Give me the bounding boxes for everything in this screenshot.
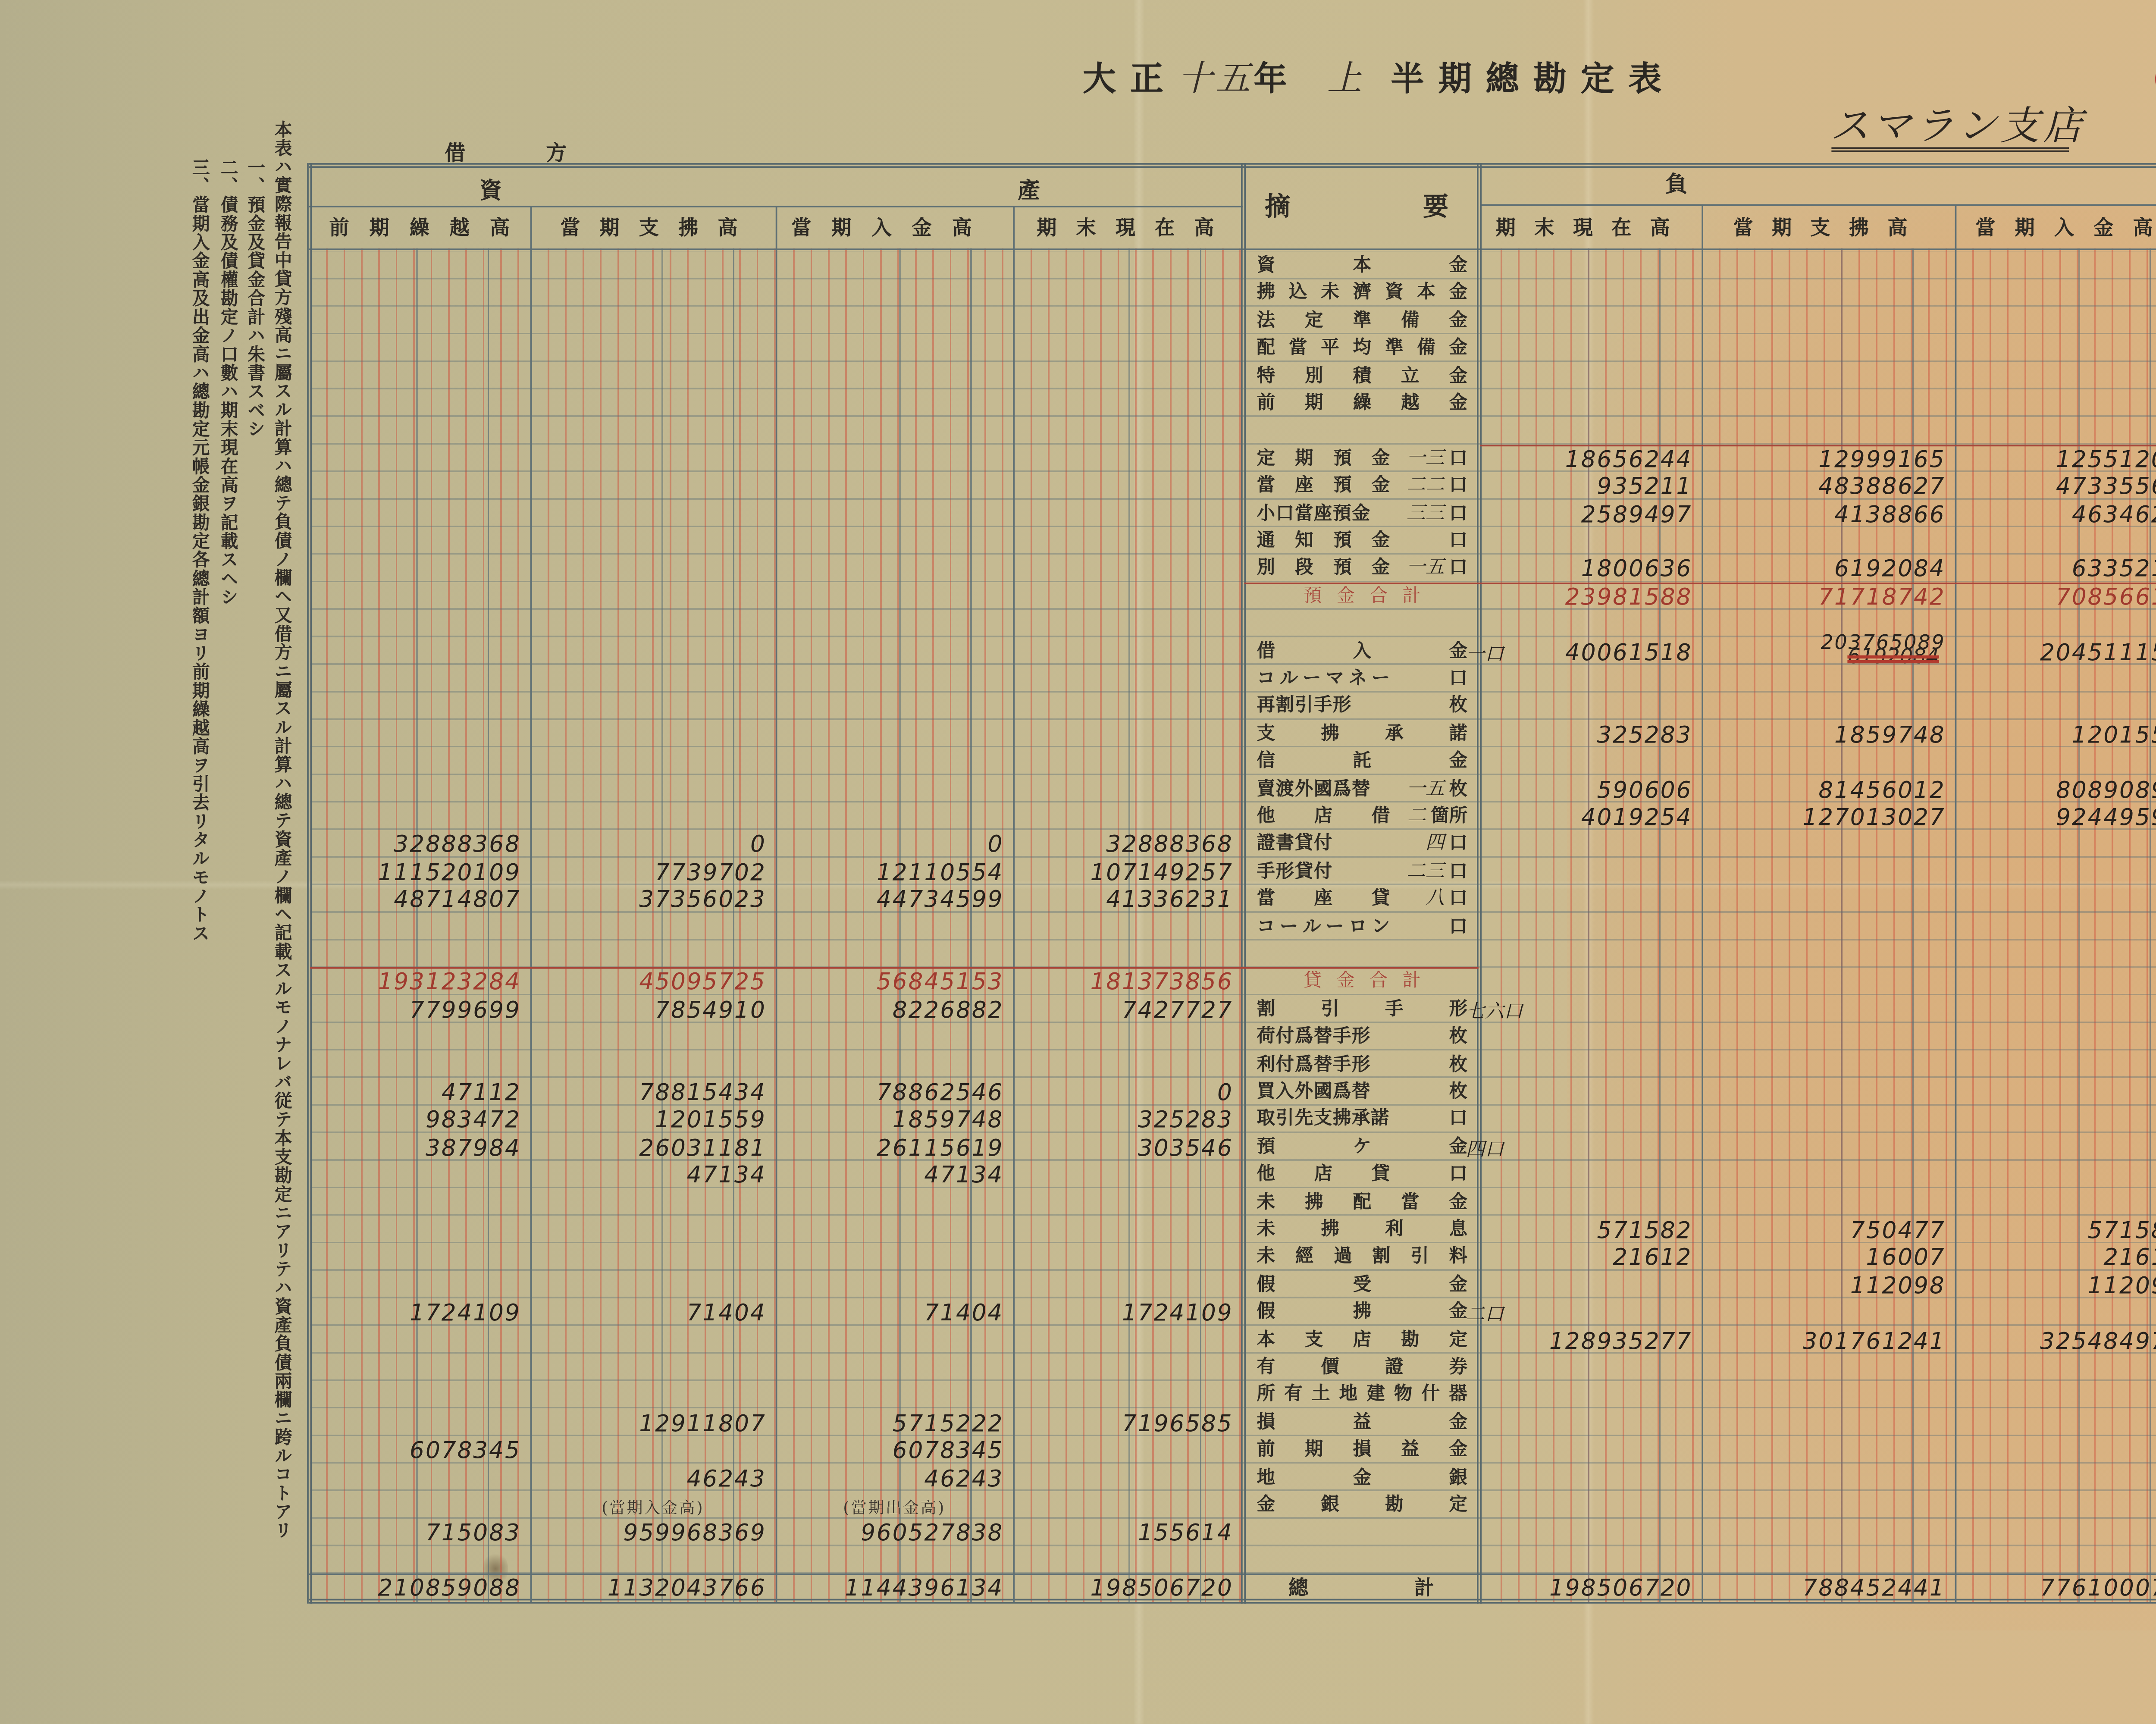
account-label: 通知預金口	[1257, 527, 1467, 555]
liability-receipts: 776100073	[1955, 1577, 2156, 1605]
account-name: 當座貸	[1257, 885, 1390, 913]
ledger-row: 買入外國爲替枚4711278815434788625460	[0, 1078, 2156, 1106]
liability-receipts: 47335564	[1955, 475, 2156, 503]
account-unit: 箇所	[1431, 802, 1467, 830]
asset-receipts: 44734599	[776, 888, 1013, 916]
ledger-row: 他店借二箇所40192541270130279244959138582690	[0, 802, 2156, 830]
account-name: 預金合計	[1304, 582, 1421, 610]
ledger-row: 預金合計23981588717187427085661124843719	[0, 582, 2156, 610]
account-name: コールーロン	[1257, 913, 1390, 940]
asset-payments: 0	[530, 833, 776, 861]
account-label: 當座預金二二口	[1257, 472, 1467, 500]
account-name: 假受金	[1257, 1271, 1467, 1298]
account-name: 當座預金	[1257, 472, 1390, 500]
account-label: 前期損益金	[1257, 1436, 1467, 1464]
account-label: 特別積立金	[1257, 362, 1467, 389]
asset-brought-forward: 32888368	[309, 833, 530, 861]
account-unit: 口	[1449, 527, 1467, 555]
liability-payments: 6192084	[1702, 558, 1955, 586]
ledger-row: 法定準備金	[0, 307, 2156, 334]
liability-payments: 71718742	[1702, 586, 1955, 613]
asset-brought-forward: 111520109	[309, 861, 530, 888]
ledger-row: 貸金合計1931232844509572556845153181373856	[0, 968, 2156, 995]
account-unit: 口	[1449, 1161, 1467, 1188]
debit-label-2: 方	[546, 136, 567, 166]
account-name: 賣渡外國爲替	[1257, 775, 1371, 802]
account-count-handwritten: 二二	[1407, 472, 1449, 500]
account-label: 他店借二箇所	[1257, 802, 1467, 830]
liability-receipts: 1201559	[1955, 723, 2156, 751]
account-name: 資本金	[1257, 252, 1467, 279]
liability-payments: 16007	[1702, 1247, 1955, 1274]
account-label: 未經過割引料	[1257, 1243, 1467, 1271]
title-year-char: 年	[1253, 59, 1301, 98]
ledger-row: コールーロン口	[0, 913, 2156, 940]
liability-closing-balance: 4019254	[1480, 806, 1702, 834]
account-label: 前期繰越金	[1257, 389, 1467, 417]
liability-col-closing-balance: 期末現在高	[1496, 212, 1670, 241]
liability-receipts: 12551206	[1955, 448, 2156, 475]
branch-name: スマラン支店	[1830, 95, 2086, 152]
asset-brought-forward: 1724109	[309, 1301, 530, 1329]
asset-closing-balance: 1724109	[1013, 1301, 1242, 1329]
asset-closing-balance: 198506720	[1013, 1577, 1242, 1605]
asset-closing-balance: 107149257	[1013, 861, 1242, 888]
ledger-row: 資本金	[0, 252, 2156, 279]
asset-col-receipts: 當期入金高	[792, 212, 972, 241]
account-label: 再割引手形枚	[1257, 693, 1467, 720]
account-label: 所有土地建物什器	[1257, 1381, 1467, 1409]
account-name: 小口當座預金	[1257, 500, 1371, 527]
asset-receipts: 71404	[776, 1301, 1013, 1329]
asset-receipts: 47134	[776, 1164, 1013, 1191]
ledger-row: 前期繰越金	[0, 389, 2156, 417]
asset-receipts: 960527838	[776, 1522, 1013, 1549]
account-name: 取引先支拂承諾	[1257, 1106, 1390, 1133]
account-name: 割引手形	[1257, 995, 1467, 1023]
asset-col-payments: 當期支拂高	[561, 212, 738, 241]
asset-col-brought-forward: 前期繰越高	[329, 212, 510, 241]
ledger-row: 別段預金一五口1800636619208463352191657501	[0, 555, 2156, 582]
liability-receipts: 4634622	[1955, 503, 2156, 530]
account-name: 未拂利息	[1257, 1216, 1467, 1243]
ledger-row: 所有土地建物什器	[0, 1381, 2156, 1409]
liability-payments: 788452441	[1702, 1577, 1955, 1605]
liability-col-receipts: 當期入金高	[1975, 212, 2153, 241]
account-count-handwritten: 四	[1426, 830, 1449, 858]
asset-payments: 46243	[530, 1467, 776, 1495]
asset-receipts: 6078345	[776, 1439, 1013, 1467]
account-count-handwritten: 一三	[1407, 445, 1449, 472]
asset-receipts: 1144396134	[776, 1577, 1013, 1605]
liability-receipts: 80890898	[1955, 778, 2156, 806]
account-label: 法定準備金	[1257, 307, 1467, 334]
account-label: 定期預金一三口	[1257, 445, 1467, 472]
ledger-row: コルーマネー口	[0, 665, 2156, 693]
asset-receipts: 26115619	[776, 1136, 1013, 1164]
account-label: 拂込未濟資本金	[1257, 279, 1467, 307]
account-name: 前期繰越金	[1257, 389, 1467, 417]
account-unit: 口	[1449, 885, 1467, 913]
ledger-row: 假受金112098112098	[0, 1271, 2156, 1298]
account-name: 通知預金	[1257, 527, 1390, 555]
asset-payments: 71404	[530, 1301, 776, 1329]
handwritten-count-note: 二口	[1466, 1300, 1504, 1327]
account-name: 他店貸	[1257, 1161, 1390, 1188]
account-label: 他店貸口	[1257, 1161, 1467, 1188]
summary-heading-2: 要	[1423, 187, 1448, 223]
ledger-row: 當座貸八口48714807373560234473459941336231	[0, 885, 2156, 913]
asset-closing-balance: 0	[1013, 1081, 1242, 1109]
account-unit: 口	[1449, 858, 1467, 885]
ledger-row: 賣渡外國爲替一五枚59060681456012808908981155720	[0, 775, 2156, 802]
liability-payments: 48388627	[1702, 475, 1955, 503]
asset-closing-balance: 41336231	[1013, 888, 1242, 916]
ledger-row: 預ケ金四口3879842603118126115619303546	[0, 1133, 2156, 1161]
asset-receipts: 8226882	[776, 999, 1013, 1026]
asset-brought-forward: 387984	[309, 1136, 530, 1164]
account-label: 買入外國爲替枚	[1257, 1078, 1467, 1106]
ledger-row: 荷付爲替手形枚	[0, 1023, 2156, 1050]
account-name: 支拂承諾	[1257, 720, 1467, 748]
ledger-row: 配當平均準備金	[0, 334, 2156, 362]
account-name: 法定準備金	[1257, 307, 1467, 334]
ledger-row: 損益金1291180757152227196585	[0, 1408, 2156, 1436]
account-name: 買入外國爲替	[1257, 1078, 1371, 1106]
account-label: 本支店勘定	[1257, 1326, 1467, 1354]
title-year-handwritten: 十五	[1178, 60, 1253, 100]
handwritten-count-note: 四口	[1466, 1135, 1504, 1161]
ledger-row: 手形貸付二三口111520109773970212110554107149257	[0, 858, 2156, 885]
asset-receipts: 12110554	[776, 861, 1013, 888]
account-name: 別段預金	[1257, 555, 1390, 582]
liability-closing-balance: 590606	[1480, 778, 1702, 806]
account-name: 未經過割引料	[1257, 1243, 1467, 1271]
liability-receipts: 6335219	[1955, 558, 2156, 586]
liability-closing-balance: 21612	[1480, 1247, 1702, 1274]
account-name: 拂込未濟資本金	[1257, 279, 1467, 307]
liability-receipts: 21612	[1955, 1247, 2156, 1274]
account-label: 支拂承諾	[1257, 720, 1467, 748]
ledger-row: 本支店勘定12893527730176124132548497010521154…	[0, 1326, 2156, 1354]
liability-heading-1: 負	[1665, 168, 1687, 199]
title-rest: 半期總勘定表	[1391, 59, 1676, 98]
liability-closing-balance: 128935277	[1480, 1329, 1702, 1357]
liability-closing-balance: 198506720	[1480, 1577, 1702, 1605]
frame-top-line	[309, 163, 2156, 168]
account-label: 預ケ金	[1257, 1133, 1467, 1161]
asset-payments: 47134	[530, 1164, 776, 1191]
handwritten-count-note: 七六口	[1466, 997, 1523, 1024]
ledger-row: 金銀勘定(當期入金高)(當期出金高)	[0, 1491, 2156, 1519]
asset-brought-forward: 48714807	[309, 888, 530, 916]
asset-receipts: 1859748	[776, 1109, 1013, 1136]
asset-payments: 959968369	[530, 1522, 776, 1549]
asset-receipts: 0	[776, 833, 1013, 861]
account-unit: 枚	[1449, 1023, 1467, 1050]
ledger-row: 通知預金口	[0, 527, 2156, 555]
ledger-row: 未經過割引料21612160072161216007	[0, 1243, 2156, 1271]
ledger-row: 715083959968369960527838155614	[0, 1519, 2156, 1546]
account-name: 信託金	[1257, 747, 1467, 775]
liability-receipts: 70856611	[1955, 586, 2156, 613]
account-name: 本支店勘定	[1257, 1326, 1467, 1354]
asset-closing-balance: 155614	[1013, 1522, 1242, 1549]
asset-brought-forward: 210859088	[309, 1577, 530, 1605]
account-unit: 口	[1449, 555, 1467, 582]
title-era: 大正	[1083, 59, 1178, 98]
account-label: 配當平均準備金	[1257, 334, 1467, 362]
account-unit: 口	[1449, 500, 1467, 527]
account-count-handwritten: 一五	[1407, 775, 1449, 802]
account-name: 地金銀	[1257, 1464, 1467, 1491]
liability-receipts: 92449591	[1955, 806, 2156, 834]
account-unit: 枚	[1449, 1078, 1467, 1106]
liability-receipts: 204511152	[1955, 640, 2156, 668]
account-unit: 口	[1449, 1106, 1467, 1133]
liability-closing-balance: 1800636	[1480, 558, 1702, 586]
ledger-row: 拂込未濟資本金	[0, 279, 2156, 307]
account-unit: 枚	[1449, 1050, 1467, 1078]
sheet-title: 大正十五年 上 半期總勘定表	[1083, 52, 1676, 101]
account-label: 證書貸付四口	[1257, 830, 1467, 858]
account-name: 金銀勘定	[1257, 1491, 1467, 1519]
asset-closing-balance: 7427727	[1013, 999, 1242, 1026]
account-label: 未拂配當金	[1257, 1188, 1467, 1216]
liability-closing-balance: 18656244	[1480, 448, 1702, 475]
account-name: 貸金合計	[1304, 968, 1421, 995]
asset-closing-balance: 32888368	[1013, 833, 1242, 861]
liability-receipts: 112098	[1955, 1274, 2156, 1301]
account-name: 手形貸付	[1257, 858, 1333, 885]
account-label: 資本金	[1257, 252, 1467, 279]
asset-brought-forward: 715083	[309, 1522, 530, 1549]
asset-payments: 7854910	[530, 999, 776, 1026]
liability-payments: 1859748	[1702, 723, 1955, 751]
ledger-row: 信託金	[0, 747, 2156, 775]
account-label: 貸金合計	[1257, 968, 1467, 995]
account-name: 總計	[1288, 1574, 1434, 1602]
asset-closing-balance: 303546	[1013, 1136, 1242, 1164]
liability-closing-balance: 23981588	[1480, 586, 1702, 613]
ledger-row: 割引手形七六口7799699785491082268827427727	[0, 995, 2156, 1023]
asset-heading-1: 資	[479, 174, 501, 206]
liability-payments: 301761241	[1702, 1329, 1955, 1357]
account-name: 假拂金	[1257, 1298, 1467, 1326]
account-count-handwritten: 三三	[1407, 500, 1449, 527]
liability-payments: 127013027	[1702, 806, 1955, 834]
account-count-handwritten: 二	[1407, 802, 1431, 830]
asset-payments: 26031181	[530, 1136, 776, 1164]
account-label: 取引先支拂承諾口	[1257, 1106, 1467, 1133]
ledger-row: 當座預金二二口93521148388627473355641988274	[0, 472, 2156, 500]
account-name: 有價證券	[1257, 1354, 1467, 1381]
account-label: 當座貸八口	[1257, 885, 1467, 913]
ledger-row: 再割引手形枚	[0, 693, 2156, 720]
branch-underline	[1831, 147, 2069, 152]
account-label: 預金合計	[1257, 582, 1467, 610]
account-count-handwritten: 一五	[1407, 555, 1449, 582]
ledger-row: 假拂金二口172410971404714041724109	[0, 1298, 2156, 1326]
asset-payments: 1132043766	[530, 1577, 776, 1605]
asset-brought-forward: 6078345	[309, 1439, 530, 1467]
ledger-row: 前期損益金60783456078345	[0, 1436, 2156, 1464]
account-label: 賣渡外國爲替一五枚	[1257, 775, 1467, 802]
account-name: 預ケ金	[1257, 1133, 1467, 1161]
ledger-sheet: 大正十五年 上 半期總勘定表 スマラン支店 @116⅝ 借 方 貸 方 本表ハ實…	[0, 0, 2156, 1724]
account-name: 未拂配當金	[1257, 1188, 1467, 1216]
column-heading-line	[309, 248, 2156, 250]
ledger-row: 未拂利息571582750477571582750477	[0, 1216, 2156, 1243]
asset-receipts: 78862546	[776, 1081, 1013, 1109]
liability-payments: 112098	[1702, 1274, 1955, 1301]
account-label: コールーロン口	[1257, 913, 1467, 940]
account-label: 總計	[1257, 1574, 1467, 1602]
liability-receipts: 571582	[1955, 1219, 2156, 1247]
liability-col-payments: 當期支拂高	[1733, 212, 1908, 241]
liability-closing-balance: 2589497	[1480, 503, 1702, 530]
exchange-rate-note: @116⅝	[2153, 50, 2156, 96]
account-label: 有價證券	[1257, 1354, 1467, 1381]
asset-closing-balance: 181373856	[1013, 971, 1242, 999]
asset-payments: 12911807	[530, 1412, 776, 1439]
ledger-row: 未拂配當金	[0, 1188, 2156, 1216]
account-name: コルーマネー	[1257, 665, 1390, 693]
account-label: 別段預金一五口	[1257, 555, 1467, 582]
title-half-handwritten: 上	[1327, 60, 1365, 100]
liability-payments: 4138866	[1702, 503, 1955, 530]
liability-closing-balance: 935211	[1480, 475, 1702, 503]
asset-col-closing-balance: 期末現在高	[1037, 212, 1214, 241]
account-name: 定期預金	[1257, 445, 1390, 472]
asset-payments: 7739702	[530, 861, 776, 888]
asset-receipts: 46243	[776, 1467, 1013, 1495]
account-unit: 口	[1449, 830, 1467, 858]
asset-payments: 45095725	[530, 971, 776, 999]
account-name: 證書貸付	[1257, 830, 1333, 858]
account-unit: 口	[1449, 472, 1467, 500]
account-name: 荷付爲替手形	[1257, 1023, 1371, 1050]
liability-heading-line	[1480, 204, 2156, 206]
asset-receipts: 56845153	[776, 971, 1013, 999]
account-label: コルーマネー口	[1257, 665, 1467, 693]
ledger-row: 他店貸口4713447134	[0, 1161, 2156, 1188]
asset-brought-forward: 983472	[309, 1109, 530, 1136]
account-label: 小口當座預金三三口	[1257, 500, 1467, 527]
ledger-row: 總計21085908811320437661144396134198506720…	[0, 1574, 2156, 1602]
account-label: 金銀勘定	[1257, 1491, 1467, 1519]
account-name: 再割引手形	[1257, 693, 1352, 720]
account-count-handwritten: 二三	[1407, 858, 1449, 885]
account-unit: 枚	[1449, 693, 1467, 720]
account-count-handwritten: 八	[1426, 885, 1449, 913]
account-unit: 口	[1449, 445, 1467, 472]
account-unit: 口	[1449, 665, 1467, 693]
liability-closing-balance: 40061518	[1480, 640, 1702, 668]
account-label: 未拂利息	[1257, 1216, 1467, 1243]
account-unit: 枚	[1449, 775, 1467, 802]
liability-closing-balance: 571582	[1480, 1219, 1702, 1247]
ledger-row: 證書貸付四口328883680032888368	[0, 830, 2156, 858]
summary-heading-1: 摘	[1265, 187, 1290, 223]
asset-brought-forward: 193123284	[309, 971, 530, 999]
debit-label-1: 借	[445, 136, 466, 166]
liability-payments: 750477	[1702, 1219, 1955, 1247]
asset-payments: 37356023	[530, 888, 776, 916]
asset-brought-forward: 47112	[309, 1081, 530, 1109]
account-label: 借入金	[1257, 637, 1467, 665]
asset-payments: 78815434	[530, 1081, 776, 1109]
asset-heading-2: 產	[1018, 174, 1040, 206]
liability-receipts: 325484970	[1955, 1329, 2156, 1357]
ledger-row: 借入金一口40061518203765089204511152393154556…	[0, 637, 2156, 665]
account-label: 假受金	[1257, 1271, 1467, 1298]
account-label: 利付爲替手形枚	[1257, 1050, 1467, 1078]
account-name: 損益金	[1257, 1408, 1467, 1436]
asset-receipts: 5715222	[776, 1412, 1013, 1439]
ledger-row: 取引先支拂承諾口98347212015591859748325283	[0, 1106, 2156, 1133]
account-name: 借入金	[1257, 637, 1467, 665]
ledger-row: 小口當座預金三三口2589497413886646346222093741	[0, 500, 2156, 527]
account-name: 前期損益金	[1257, 1436, 1467, 1464]
ledger-row: 定期預金一三口18656244129991651255120619104203	[0, 445, 2156, 472]
liability-closing-balance: 325283	[1480, 723, 1702, 751]
ledger-row: 特別積立金	[0, 362, 2156, 389]
account-label: 地金銀	[1257, 1464, 1467, 1491]
asset-closing-balance: 325283	[1013, 1109, 1242, 1136]
asset-payments: 1201559	[530, 1109, 776, 1136]
ledger-row: 利付爲替手形枚	[0, 1050, 2156, 1078]
account-label: 假拂金	[1257, 1298, 1467, 1326]
account-unit: 口	[1449, 913, 1467, 940]
ledger-row: 支拂承諾32528318597481201559983472	[0, 720, 2156, 748]
asset-brought-forward: 7799699	[309, 999, 530, 1026]
account-label: 割引手形	[1257, 995, 1467, 1023]
account-label: 荷付爲替手形枚	[1257, 1023, 1467, 1050]
account-name: 他店借	[1257, 802, 1390, 830]
ledger-row: 有價證券	[0, 1354, 2156, 1381]
asset-closing-balance: 7196585	[1013, 1412, 1242, 1439]
liability-payments: 12999165	[1702, 448, 1955, 475]
account-label: 損益金	[1257, 1408, 1467, 1436]
account-name: 配當平均準備金	[1257, 334, 1467, 362]
account-name: 利付爲替手形	[1257, 1050, 1371, 1078]
account-label: 信託金	[1257, 747, 1467, 775]
account-name: 所有土地建物什器	[1257, 1381, 1467, 1409]
ledger-row: 地金銀4624346243	[0, 1464, 2156, 1491]
liability-payments: 81456012	[1702, 778, 1955, 806]
account-label: 手形貸付二三口	[1257, 858, 1467, 885]
account-name: 特別積立金	[1257, 362, 1467, 389]
